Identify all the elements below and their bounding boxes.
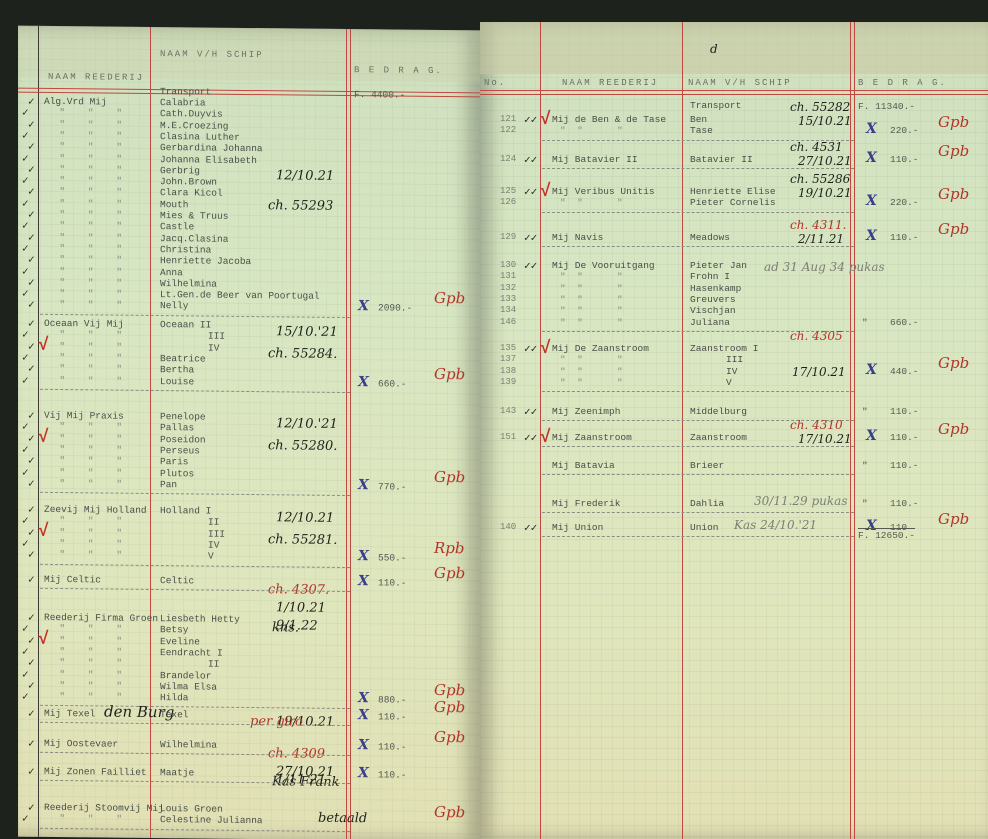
note-date: 17/10.21 (792, 365, 846, 379)
ship-name: Wilhelmina (160, 739, 217, 751)
ship-name: Wilma Elsa (160, 681, 217, 693)
ditto-mark: " " " (48, 515, 122, 527)
note-extra: per giro (250, 714, 303, 730)
company-name: Mij De Zaanstroom (552, 343, 649, 354)
transport-label: Transport (160, 86, 211, 98)
amount: 2090.- (378, 303, 412, 314)
amount: 220.- (890, 197, 919, 208)
amount: 110.- (378, 741, 407, 752)
entry-number: 139 (500, 377, 516, 387)
paid-x-mark: X (358, 299, 369, 315)
company-name: Alg.Vrd Mij (44, 96, 107, 108)
check-mark: ✓ (28, 525, 35, 539)
row-separator (542, 246, 854, 247)
red-check-icon: √ (38, 336, 49, 356)
ditto-mark: " " " (48, 363, 122, 375)
ship-name: Oceaan II (160, 319, 211, 331)
amount: 110.- (890, 498, 919, 509)
ditto-mark: " " " (48, 549, 122, 561)
note-status: betaald (318, 811, 367, 827)
paid-x-mark: X (358, 573, 369, 589)
note-date: 17/10.21 (798, 432, 852, 446)
ship-name: Mouth (160, 199, 189, 211)
note-date: 12/10.'21 (276, 416, 338, 432)
ditto-mark: " " " (48, 254, 122, 266)
initials: Gpb (434, 681, 465, 699)
check-mark: ✓ (28, 633, 35, 647)
company-name: Mij Navis (552, 232, 603, 243)
ship-name: Betsy (160, 624, 189, 636)
ship-name: Christina (160, 244, 211, 256)
check-mark: ✓ (22, 812, 29, 826)
paid-x-mark: X (358, 477, 369, 493)
ship-name: Henriette Jacoba (160, 255, 251, 267)
check-mark: ✓ (28, 162, 35, 176)
entry-number: 125 (500, 186, 516, 196)
ditto-mark: " " " (48, 288, 122, 300)
ditto-mark: " " " (560, 305, 623, 316)
note-date: 2/11.21 (798, 232, 844, 246)
red-check-icon: √ (38, 522, 49, 542)
note-date: 1/10.21 (276, 600, 326, 616)
note-status: kns. (272, 620, 299, 635)
ditto-mark: " " " (48, 466, 122, 478)
ditto-mark: " " " (560, 197, 623, 208)
check-mark: ✓ (28, 573, 35, 587)
red-check-icon: √ (540, 110, 551, 130)
note-cheque: ch. 55282 (790, 100, 850, 114)
check-mark: ✓✓ (524, 231, 537, 245)
company-name: Mij Celtic (44, 574, 101, 586)
paid-x-mark: X (866, 193, 877, 209)
check-mark: ✓ (28, 656, 35, 670)
paid-x-mark: X (358, 707, 369, 723)
ship-name: Holland I (160, 505, 211, 517)
note-cheque: ch. 55286 (790, 172, 850, 186)
amount: 110.- (890, 460, 919, 471)
check-mark: ✓ (22, 373, 29, 387)
entry-number: 138 (500, 366, 516, 376)
note-cheque: ch. 55284. (268, 346, 337, 362)
check-mark: ✓ (28, 765, 35, 779)
header-ship: NAAM V/H SCHIP (688, 78, 792, 88)
company-name: Vij Mij Praxis (44, 410, 124, 422)
ditto-mark: " " " (48, 478, 122, 490)
check-mark: ✓ (28, 208, 35, 222)
row-separator (40, 389, 350, 393)
paid-x-mark: X (358, 548, 369, 564)
paid-x-mark: X (866, 121, 877, 137)
entry-number: 130 (500, 260, 516, 270)
header-ship: NAAM V/H SCHIP (160, 49, 264, 60)
ship-name: Pan (160, 479, 177, 490)
ship-name: Zaanstroom I (690, 343, 758, 354)
company-name: Mij Veribus Unitis (552, 186, 655, 197)
ship-name: Texel (160, 709, 189, 721)
check-mark: ✓ (28, 230, 35, 244)
check-mark: ✓✓ (524, 153, 537, 167)
check-mark: ✓✓ (524, 431, 537, 445)
ship-name: John.Brown (160, 176, 217, 188)
ship-name: II (208, 517, 219, 528)
check-mark: ✓ (28, 431, 35, 445)
check-mark: ✓ (28, 476, 35, 490)
ditto-mark: " " " (48, 352, 122, 364)
amount: 770.- (378, 481, 407, 492)
amount: 110.- (378, 711, 407, 722)
ditto-mark: " " " (560, 317, 623, 328)
ship-name: Anna (160, 267, 183, 279)
page-total: F. 12650.- (858, 528, 915, 541)
ditto-mark: " " " (48, 265, 122, 277)
ship-name: Tase (690, 125, 713, 136)
company-name: Mij Zonen Failliet (44, 766, 147, 778)
entry-number: 129 (500, 232, 516, 242)
note-date: 27/10.21 (798, 154, 852, 168)
initials: Gpb (938, 142, 969, 160)
ditto-mark: " " " (48, 130, 122, 142)
ship-name: Celestine Julianna (160, 814, 263, 826)
check-mark: ✓✓ (524, 342, 537, 356)
check-mark: ✓ (28, 298, 35, 312)
note-cheque: ch. 4531 (790, 140, 843, 154)
ship-name: Middelburg (690, 406, 747, 417)
check-mark: ✓ (28, 317, 35, 331)
ditto-mark: " " " (48, 634, 122, 646)
ditto-mark: " " " (48, 198, 122, 210)
red-check-icon: √ (38, 630, 49, 650)
company-name: Mij Oostevaer (44, 738, 118, 750)
ditto-mark: " " " (48, 164, 122, 176)
check-mark: ✓ (28, 707, 35, 721)
check-mark: ✓✓ (524, 185, 537, 199)
ditto-mark: " " " (48, 118, 122, 130)
ship-name: Meadows (690, 232, 730, 243)
amount-column-rule (850, 22, 855, 839)
amount: 660.- (378, 378, 407, 389)
ditto-mark: " " " (560, 354, 623, 365)
ship-name: Brieer (690, 460, 724, 471)
ship-name: Eendracht I (160, 647, 223, 659)
check-mark: ✓✓ (524, 113, 537, 127)
paid-x-mark: X (866, 150, 877, 166)
ship-name: Calabria (160, 97, 206, 109)
ship-name: Henriette Elise (690, 186, 776, 197)
entry-number: 132 (500, 283, 516, 293)
initials: Gpb (434, 364, 465, 382)
check-mark: ✓✓ (524, 405, 537, 419)
note-date: 15/10.'21 (276, 324, 338, 340)
ship-name: Maatje (160, 767, 194, 779)
note-date: 12/10.21 (276, 168, 334, 184)
header-company: NAAM REEDERIJ (562, 78, 658, 88)
ditto-mark: " " " (560, 294, 623, 305)
ship-name: Castle (160, 221, 194, 233)
entry-number: 137 (500, 354, 516, 364)
ship-name: Ben (690, 114, 707, 125)
check-mark: ✓ (28, 275, 35, 289)
row-separator (40, 492, 350, 496)
header-number: No. (484, 78, 506, 88)
ditto-mark: " " " (48, 243, 122, 255)
ship-name: Greuvers (690, 294, 736, 305)
note-cheque: ch. 4311. (790, 218, 846, 232)
amount: 880.- (378, 694, 407, 705)
ditto-mark: " (862, 317, 868, 328)
ship-name: Poseidon (160, 434, 206, 446)
ditto-mark: " " " (48, 623, 122, 635)
ditto-mark: " " " (560, 125, 623, 136)
amount: 110.- (890, 406, 919, 417)
check-mark: ✓ (28, 611, 35, 625)
ship-name: Louise (160, 376, 194, 388)
ditto-mark: " " " (48, 186, 122, 198)
company-name: Mij Batavia (552, 460, 615, 471)
transport-amount: F. 4400.- (354, 89, 405, 101)
amount: 110.- (890, 432, 919, 443)
ship-name: Clasina Luther (160, 131, 240, 143)
ditto-mark: " " " (48, 220, 122, 232)
entry-number: 124 (500, 154, 516, 164)
ditto-mark: " " " (48, 329, 122, 341)
ship-name: IV (726, 366, 737, 377)
ditto-mark: " " " (48, 455, 122, 467)
transport-label: Transport (690, 100, 741, 111)
paid-x-mark: X (358, 690, 369, 706)
company-name: Mij Union (552, 522, 603, 533)
initials: Gpb (938, 113, 969, 131)
note-date: 19/10.21 (798, 186, 852, 200)
red-check-icon: √ (38, 428, 49, 448)
ship-name: Gerbrig (160, 165, 200, 177)
ditto-mark: " " " (48, 646, 122, 658)
amount: 440.- (890, 366, 919, 377)
check-mark: ✓ (28, 253, 35, 267)
ditto-mark: " " " (48, 691, 122, 703)
transport-amount: F. 11340.- (858, 101, 915, 112)
ship-name: III (726, 354, 743, 365)
ditto-mark: " " " (48, 209, 122, 221)
ditto-mark: " " " (48, 813, 122, 825)
ditto-mark: " " " (48, 444, 122, 456)
row-separator (542, 446, 854, 447)
check-mark: ✓ (28, 548, 35, 562)
ledger-right-page: d No. NAAM REEDERIJ NAAM V/H SCHIP B E D… (480, 22, 988, 839)
ditto-mark: " " " (560, 283, 623, 294)
ship-name: Celtic (160, 575, 194, 587)
amount: 110.- (378, 769, 407, 780)
ship-name: Beatrice (160, 353, 206, 365)
entry-number: 151 (500, 432, 516, 442)
ship-name: Bertha (160, 364, 194, 376)
ditto-mark: " " " (48, 340, 122, 352)
ditto-mark: " " " (48, 526, 122, 538)
initials: Gpb (938, 185, 969, 203)
top-margin-mark: d (710, 42, 718, 56)
entry-number: 122 (500, 125, 516, 135)
row-separator (40, 827, 350, 831)
ship-name: Plutos (160, 468, 194, 480)
ledger-book: NAAM REEDERIJ NAAM V/H SCHIP B E D R A G… (0, 0, 988, 839)
ship-name: Nelly (160, 300, 189, 312)
entry-number: 135 (500, 343, 516, 353)
header-company: NAAM REEDERIJ (48, 72, 144, 83)
row-separator (542, 536, 854, 537)
red-check-icon: √ (540, 428, 551, 448)
header-amount: B E D R A G. (354, 65, 443, 76)
company-name: Mij Zeenimph (552, 406, 620, 417)
row-separator (542, 474, 854, 475)
entry-number: 131 (500, 271, 516, 281)
note-cheque: ch. 55281. (268, 532, 337, 548)
amount: 110.- (378, 577, 407, 588)
check-mark: ✓ (28, 185, 35, 199)
company-name: Mij De Vooruitgang (552, 260, 655, 271)
check-mark: ✓ (28, 503, 35, 517)
ditto-mark: " " " (48, 374, 122, 386)
ship-name: Brandelor (160, 670, 211, 682)
initials: Gpb (938, 420, 969, 438)
amount: 220.- (890, 125, 919, 136)
amount-column-rule (346, 29, 351, 839)
entry-number: 140 (500, 522, 516, 532)
company-name: Oceaan Vij Mij (44, 318, 124, 330)
ship-name: Pieter Jan (690, 260, 747, 271)
entry-number: 146 (500, 317, 516, 327)
ditto-mark: " " " (560, 271, 623, 282)
check-mark: ✓ (22, 690, 29, 704)
ditto-mark: " " " (560, 366, 623, 377)
ship-name: Jacq.Clasina (160, 233, 228, 245)
initials: Gpb (938, 354, 969, 372)
ship-name: Hilda (160, 692, 189, 704)
paid-x-mark: X (866, 228, 877, 244)
initials: Rpb (434, 539, 465, 557)
check-mark: ✓ (28, 95, 35, 109)
ship-name: II (208, 659, 219, 670)
ditto-mark: " " " (48, 680, 122, 692)
ditto-mark: " " " (48, 432, 122, 444)
header-amount: B E D R A G. (858, 78, 947, 88)
row-separator (542, 168, 854, 169)
ship-name: Juliana (690, 317, 730, 328)
company-name: Mij de Ben & de Tase (552, 114, 666, 125)
red-check-icon: √ (540, 182, 551, 202)
ship-name: Liesbeth Hetty (160, 613, 240, 625)
ship-name: Cath.Duyvis (160, 108, 223, 120)
note-cheque: ch. 4310 (790, 418, 843, 432)
check-mark: ✓✓ (524, 259, 537, 273)
ship-name: Wilhelmina (160, 278, 217, 290)
ditto-mark: " " " (48, 107, 122, 119)
ship-name: V (208, 551, 214, 562)
company-name: Mij Batavier II (552, 154, 638, 165)
ditto-mark: " " " (48, 299, 122, 311)
ship-name: Pallas (160, 422, 194, 434)
amount: 660.- (890, 317, 919, 328)
paid-x-mark: X (358, 374, 369, 390)
check-mark: ✓ (28, 678, 35, 692)
ship-name: Zaanstroom (690, 432, 747, 443)
note-cheque: ch. 4305 (790, 329, 843, 343)
check-mark: ✓ (28, 117, 35, 131)
amount: 550.- (378, 553, 407, 564)
ship-name: IV (208, 342, 219, 353)
check-mark: ✓ (28, 140, 35, 154)
ship-name: Hasenkamp (690, 283, 741, 294)
check-mark: ✓ (28, 737, 35, 751)
paid-x-mark: X (358, 737, 369, 753)
ship-name: Clara Kicol (160, 187, 223, 199)
ditto-mark: " " " (48, 668, 122, 680)
company-name: Mij Frederik (552, 498, 620, 509)
entry-number: 134 (500, 305, 516, 315)
amount: 110.- (890, 232, 919, 243)
amount: 110.- (890, 154, 919, 165)
ship-name: III (208, 528, 225, 539)
ship-name: V (726, 377, 732, 388)
note-status: ad 31 Aug 34 pukas (764, 260, 885, 274)
row-separator (40, 563, 350, 567)
ditto-mark: " " " (48, 231, 122, 243)
note-date: 15/10.21 (798, 114, 852, 128)
note-status: Kas 24/10.'21 (734, 518, 817, 532)
ditto-mark: " " " (48, 657, 122, 669)
ditto-mark: " " " (48, 421, 122, 433)
row-separator (542, 512, 854, 513)
ship-name: Eveline (160, 636, 200, 648)
red-check-icon: √ (540, 339, 551, 359)
ship-name: Dahlia (690, 498, 724, 509)
ship-name: M.E.Croezing (160, 120, 228, 132)
row-separator (40, 313, 350, 317)
check-mark: ✓✓ (524, 521, 537, 535)
company-name: Mij Texel (44, 708, 95, 720)
paid-x-mark: X (866, 428, 877, 444)
ship-name: Louis Groen (160, 803, 223, 815)
initials: Gpb (434, 698, 465, 716)
column-rule (682, 22, 683, 839)
initials: Gpb (434, 289, 465, 307)
company-name: Mij Zaanstroom (552, 432, 632, 443)
ship-name: III (208, 331, 225, 342)
paid-x-mark: X (358, 765, 369, 781)
ship-name: Batavier II (690, 154, 753, 165)
paid-x-mark: X (866, 362, 877, 378)
row-separator (542, 212, 854, 213)
entry-number: 133 (500, 294, 516, 304)
initials: Gpb (938, 220, 969, 238)
ship-name: Vischjan (690, 305, 736, 316)
check-mark: ✓ (28, 339, 35, 353)
entry-number: 126 (500, 197, 516, 207)
ship-name: Penelope (160, 411, 206, 423)
check-mark: ✓ (28, 454, 35, 468)
ship-name: Union (690, 522, 719, 533)
ledger-left-page: NAAM REEDERIJ NAAM V/H SCHIP B E D R A G… (18, 26, 480, 839)
entry-number: 121 (500, 114, 516, 124)
note-cheque: ch. 55280. (268, 438, 337, 454)
check-mark: ✓ (28, 409, 35, 423)
ditto-mark: " " " (48, 141, 122, 153)
ditto-mark: " (862, 406, 868, 417)
ditto-mark: " (862, 460, 868, 471)
check-mark: ✓ (28, 801, 35, 815)
initials: Gpb (434, 468, 465, 486)
initials: Gpb (938, 510, 969, 528)
initials: Gpb (434, 564, 465, 582)
ship-name: Pieter Cornelis (690, 197, 776, 208)
